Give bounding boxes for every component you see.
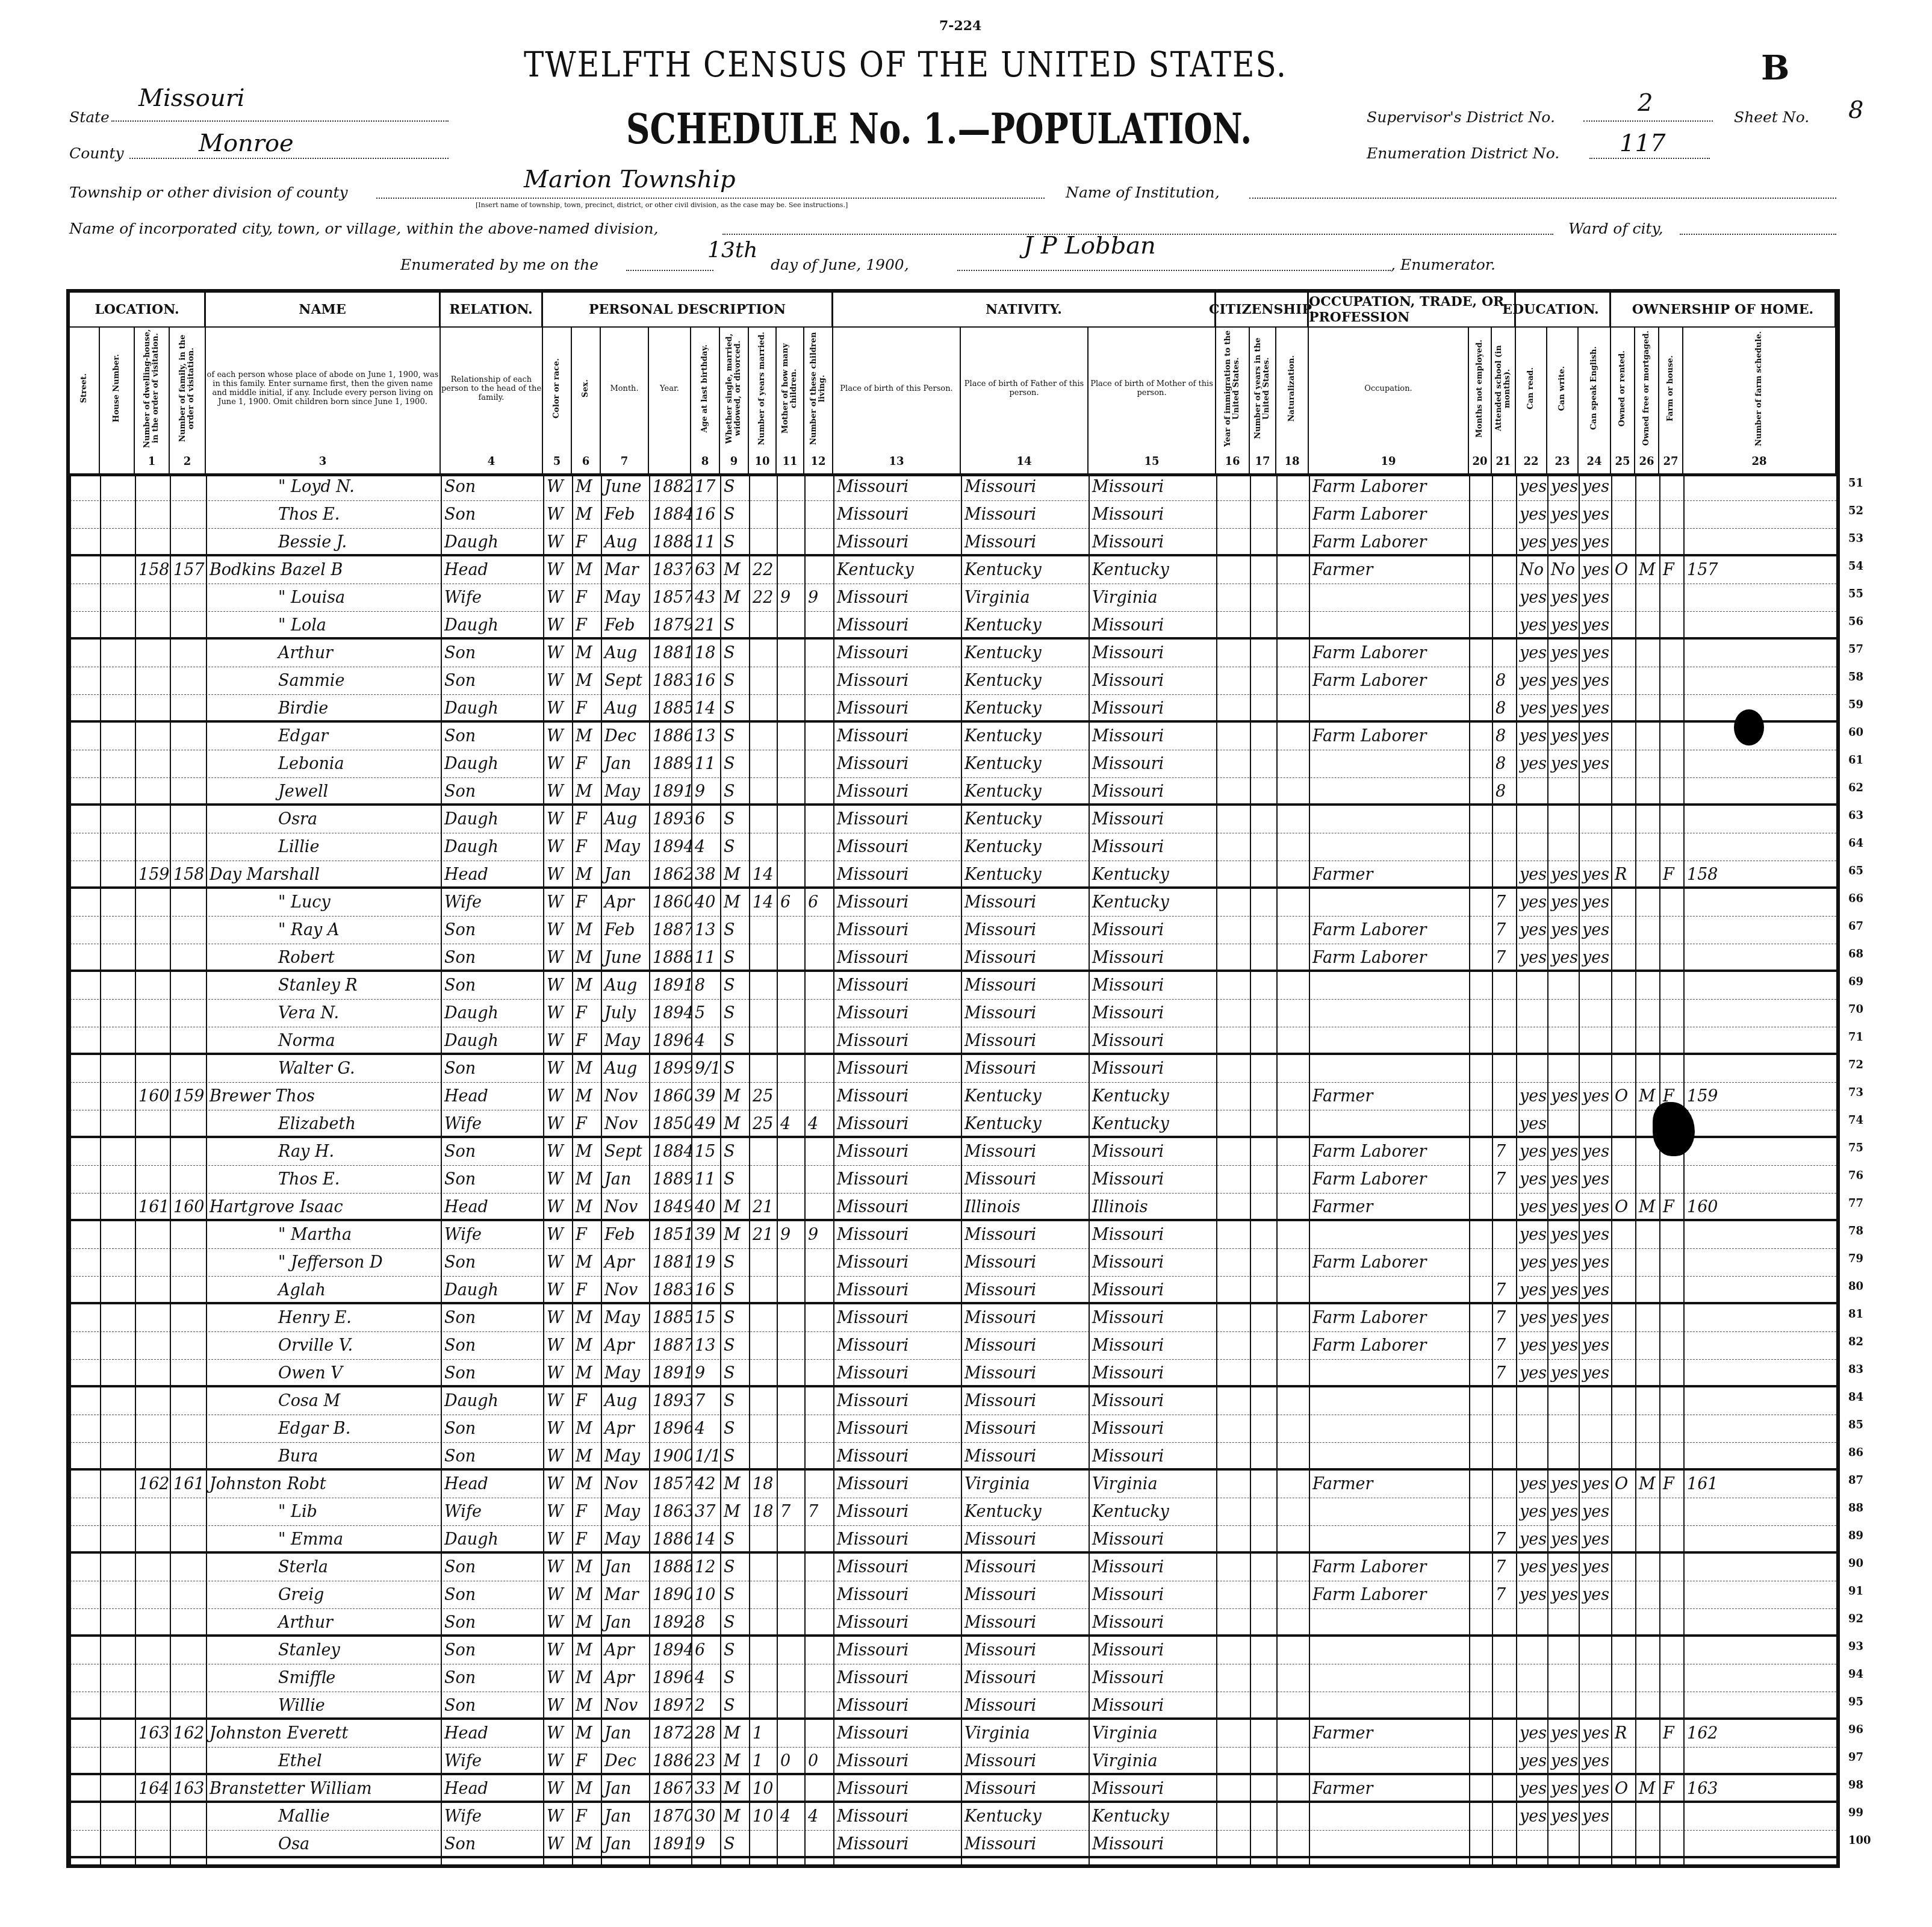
cell-fnum <box>1683 1110 1836 1138</box>
cell-fam: 157 <box>170 556 206 584</box>
cell-mpob: Missouri <box>1089 1526 1216 1554</box>
cell-fnum <box>1683 1443 1836 1471</box>
line-number: 86 <box>1848 1446 1863 1459</box>
cell-yrs <box>1250 1055 1276 1083</box>
cell-house <box>100 1581 135 1609</box>
column-number: 8 <box>691 449 720 473</box>
cell-occ: Farm Laborer <box>1309 667 1469 695</box>
cell-unemp <box>1469 1166 1492 1194</box>
cell-own <box>1611 612 1635 640</box>
line-number: 55 <box>1848 588 1863 600</box>
table-row: Edgar B.SonWMApr18964SMissouriMissouriMi… <box>70 1415 1836 1443</box>
cell-imm <box>1216 640 1250 667</box>
cell-cl <box>804 723 833 750</box>
enumerated-label: Enumerated by me on the <box>400 256 598 273</box>
cell-month: Sept <box>601 1138 649 1166</box>
cell-fnum <box>1683 667 1836 695</box>
cell-imm <box>1216 1083 1250 1110</box>
cell-dw <box>135 1249 170 1277</box>
cell-age: 8 <box>691 972 720 1000</box>
cell-write: yes <box>1547 695 1579 723</box>
cell-fnum <box>1683 889 1836 917</box>
cell-rel: Head <box>441 556 543 584</box>
cell-mpob: Virginia <box>1089 1720 1216 1748</box>
column-number: 7 <box>601 449 649 473</box>
cell-cl <box>804 1664 833 1692</box>
cell-free <box>1635 1664 1659 1692</box>
cell-free <box>1635 1166 1659 1194</box>
cell-mc <box>777 1720 804 1748</box>
table-row: 161160Hartgrove IsaacHeadWMNov184940M21M… <box>70 1194 1836 1221</box>
cell-age: 6 <box>691 1637 720 1664</box>
cell-house <box>100 723 135 750</box>
cell-occ <box>1309 1692 1469 1720</box>
cell-dw <box>135 944 170 972</box>
line-number: 99 <box>1848 1807 1863 1819</box>
cell-yrs <box>1250 1775 1276 1803</box>
cell-cl <box>804 1554 833 1581</box>
cell-year: 1863 <box>649 1498 691 1526</box>
cell-fnum <box>1683 529 1836 556</box>
cell-fpob: Missouri <box>961 917 1089 944</box>
cell-dw: 164 <box>135 1775 170 1803</box>
cell-mc <box>777 1443 804 1471</box>
cell-fam <box>170 1277 206 1304</box>
cell-free <box>1635 473 1659 501</box>
cell-mpob: Virginia <box>1089 584 1216 612</box>
column-header-color: Color or race. <box>543 328 572 449</box>
cell-pob: Missouri <box>833 473 961 501</box>
cell-read: No <box>1516 556 1547 584</box>
cell-street <box>70 1083 100 1110</box>
cell-age: 16 <box>691 501 720 529</box>
cell-unemp <box>1469 1387 1492 1415</box>
cell-occ: Farm Laborer <box>1309 1304 1469 1332</box>
township-line <box>376 198 1045 199</box>
cell-fpob: Missouri <box>961 1055 1089 1083</box>
cell-fnum <box>1683 1498 1836 1526</box>
cell-free <box>1635 1692 1659 1720</box>
cell-sex: F <box>572 1027 601 1055</box>
cell-fpob: Missouri <box>961 1664 1089 1692</box>
cell-cl <box>804 806 833 833</box>
cell-unemp <box>1469 1748 1492 1775</box>
cell-name: Stanley R <box>206 972 441 1000</box>
line-number: 97 <box>1848 1751 1863 1764</box>
cell-dw <box>135 1692 170 1720</box>
table-row: LillieDaughWFMay18944SMissouriKentuckyMi… <box>70 833 1836 861</box>
cell-fam: 160 <box>170 1194 206 1221</box>
cell-dw <box>135 972 170 1000</box>
cell-unemp <box>1469 778 1492 806</box>
cell-occ: Farmer <box>1309 1194 1469 1221</box>
cell-name: Bodkins Bazel B <box>206 556 441 584</box>
cell-ms: M <box>720 1720 749 1748</box>
cell-yrs <box>1250 1027 1276 1055</box>
cell-ms: S <box>720 1526 749 1554</box>
cell-month: Nov <box>601 1194 649 1221</box>
cell-street <box>70 1526 100 1554</box>
cell-occ <box>1309 750 1469 778</box>
cell-own <box>1611 1000 1635 1027</box>
cell-ym: 18 <box>749 1471 777 1498</box>
cell-own <box>1611 1110 1635 1138</box>
cell-house <box>100 750 135 778</box>
cell-mpob: Missouri <box>1089 1277 1216 1304</box>
cell-pob: Missouri <box>833 1664 961 1692</box>
cell-sex: M <box>572 1637 601 1664</box>
column-rule <box>961 473 962 1864</box>
cell-year: 1884 <box>649 501 691 529</box>
cell-mpob: Missouri <box>1089 1609 1216 1637</box>
cell-name: Edgar B. <box>206 1415 441 1443</box>
cell-read: yes <box>1516 1471 1547 1498</box>
cell-house <box>100 1471 135 1498</box>
cell-write: yes <box>1547 1720 1579 1748</box>
cell-fam: 159 <box>170 1083 206 1110</box>
cell-imm <box>1216 1748 1250 1775</box>
cell-fpob: Missouri <box>961 1360 1089 1387</box>
cell-free <box>1635 778 1659 806</box>
line-number: 80 <box>1848 1280 1863 1293</box>
cell-dw <box>135 1581 170 1609</box>
cell-fam <box>170 1443 206 1471</box>
column-number: 11 <box>777 449 804 473</box>
cell-school <box>1492 833 1516 861</box>
cell-farm <box>1659 1415 1683 1443</box>
cell-rel: Son <box>441 972 543 1000</box>
cell-mpob: Missouri <box>1089 917 1216 944</box>
cell-fpob: Missouri <box>961 501 1089 529</box>
cell-nat <box>1276 1526 1309 1554</box>
cell-occ <box>1309 1360 1469 1387</box>
cell-age: 12 <box>691 1554 720 1581</box>
cell-pob: Missouri <box>833 1415 961 1443</box>
cell-nat <box>1276 1831 1309 1858</box>
cell-school: 8 <box>1492 750 1516 778</box>
cell-school <box>1492 473 1516 501</box>
cell-pob: Missouri <box>833 1526 961 1554</box>
cell-ms: M <box>720 1748 749 1775</box>
cell-dw <box>135 501 170 529</box>
cell-dw <box>135 1138 170 1166</box>
cell-sex: M <box>572 972 601 1000</box>
cell-write: yes <box>1547 584 1579 612</box>
cell-fam: 163 <box>170 1775 206 1803</box>
cell-age: 8 <box>691 1609 720 1637</box>
cell-imm <box>1216 750 1250 778</box>
cell-school <box>1492 1249 1516 1277</box>
cell-house <box>100 806 135 833</box>
cell-write: yes <box>1547 723 1579 750</box>
cell-month: May <box>601 1360 649 1387</box>
cell-fnum: 161 <box>1683 1471 1836 1498</box>
cell-fpob: Missouri <box>961 1443 1089 1471</box>
cell-cl <box>804 1360 833 1387</box>
cell-cl: 7 <box>804 1498 833 1526</box>
cell-age: 39 <box>691 1221 720 1249</box>
cell-fnum <box>1683 1221 1836 1249</box>
cell-pob: Missouri <box>833 861 961 889</box>
cell-month: Sept <box>601 667 649 695</box>
cell-house <box>100 529 135 556</box>
cell-ms: S <box>720 1360 749 1387</box>
cell-fam <box>170 1498 206 1526</box>
cell-mc: 9 <box>777 584 804 612</box>
cell-write <box>1547 1027 1579 1055</box>
cell-read <box>1516 1692 1547 1720</box>
cell-imm <box>1216 1138 1250 1166</box>
cell-farm: F <box>1659 1720 1683 1748</box>
cell-ym <box>749 806 777 833</box>
cell-fpob: Kentucky <box>961 861 1089 889</box>
cell-unemp <box>1469 529 1492 556</box>
cell-pob: Missouri <box>833 1277 961 1304</box>
cell-eng: yes <box>1579 1554 1611 1581</box>
cell-year: 1891 <box>649 1360 691 1387</box>
line-number: 63 <box>1848 809 1863 822</box>
cell-year: 1860 <box>649 1083 691 1110</box>
line-number: 93 <box>1848 1640 1863 1653</box>
cell-yrs <box>1250 833 1276 861</box>
cell-farm <box>1659 612 1683 640</box>
cell-house <box>100 944 135 972</box>
cell-age: 10 <box>691 1581 720 1609</box>
cell-yrs <box>1250 695 1276 723</box>
cell-color: W <box>543 1775 572 1803</box>
cell-ms: M <box>720 556 749 584</box>
cell-own: O <box>1611 1194 1635 1221</box>
cell-month: Dec <box>601 723 649 750</box>
cell-pob: Missouri <box>833 806 961 833</box>
cell-dw <box>135 473 170 501</box>
cell-unemp <box>1469 833 1492 861</box>
cell-eng: yes <box>1579 1277 1611 1304</box>
cell-eng: yes <box>1579 1748 1611 1775</box>
cell-fnum <box>1683 1692 1836 1720</box>
column-header-imm: Year of immigration to the United States… <box>1216 328 1250 449</box>
cell-name: " Emma <box>206 1526 441 1554</box>
cell-pob: Missouri <box>833 889 961 917</box>
cell-color: W <box>543 612 572 640</box>
cell-yrs <box>1250 1498 1276 1526</box>
cell-read: yes <box>1516 612 1547 640</box>
cell-dw <box>135 1221 170 1249</box>
cell-age: 16 <box>691 1277 720 1304</box>
cell-year: 1894 <box>649 1000 691 1027</box>
cell-farm: F <box>1659 556 1683 584</box>
cell-cl: 9 <box>804 1221 833 1249</box>
cell-write: yes <box>1547 1332 1579 1360</box>
table-row: Henry E.SonWMMay188515SMissouriMissouriM… <box>70 1304 1836 1332</box>
cell-fpob: Missouri <box>961 1581 1089 1609</box>
cell-color: W <box>543 833 572 861</box>
line-number: 68 <box>1848 948 1863 960</box>
cell-pob: Missouri <box>833 1637 961 1664</box>
cell-unemp <box>1469 1249 1492 1277</box>
cell-unemp <box>1469 1443 1492 1471</box>
cell-fpob: Missouri <box>961 1554 1089 1581</box>
cell-ms: M <box>720 1221 749 1249</box>
cell-color: W <box>543 1221 572 1249</box>
cell-year: 1882 <box>649 473 691 501</box>
cell-yrs <box>1250 1443 1276 1471</box>
cell-yrs <box>1250 1664 1276 1692</box>
cell-street <box>70 640 100 667</box>
cell-imm <box>1216 1581 1250 1609</box>
cell-write: yes <box>1547 1748 1579 1775</box>
cell-sex: M <box>572 1332 601 1360</box>
cell-street <box>70 1387 100 1415</box>
cell-write: yes <box>1547 889 1579 917</box>
cell-read <box>1516 972 1547 1000</box>
cell-name: Birdie <box>206 695 441 723</box>
cell-own <box>1611 1415 1635 1443</box>
cell-month: May <box>601 1498 649 1526</box>
cell-free <box>1635 695 1659 723</box>
cell-read <box>1516 1609 1547 1637</box>
cell-occ <box>1309 1055 1469 1083</box>
cell-school <box>1492 1000 1516 1027</box>
cell-nat <box>1276 861 1309 889</box>
cell-ms: S <box>720 972 749 1000</box>
cell-fam <box>170 612 206 640</box>
cell-fam <box>170 1387 206 1415</box>
cell-ym <box>749 1027 777 1055</box>
cell-street <box>70 667 100 695</box>
cell-year: 1890 <box>649 1581 691 1609</box>
cell-street <box>70 944 100 972</box>
cell-mc <box>777 1554 804 1581</box>
table-row: " EmmaDaughWFMay188614SMissouriMissouriM… <box>70 1526 1836 1554</box>
cell-month: Jan <box>601 1554 649 1581</box>
cell-year: 1857 <box>649 1471 691 1498</box>
column-header-month: Month. <box>601 328 649 449</box>
cell-pob: Kentucky <box>833 556 961 584</box>
cell-imm <box>1216 584 1250 612</box>
cell-pob: Missouri <box>833 1055 961 1083</box>
cell-yrs <box>1250 1000 1276 1027</box>
cell-cl <box>804 1387 833 1415</box>
cell-occ <box>1309 612 1469 640</box>
cell-school: 7 <box>1492 1304 1516 1332</box>
township-label: Township or other division of county <box>69 184 348 201</box>
cell-fnum <box>1683 1055 1836 1083</box>
cell-house <box>100 1498 135 1526</box>
cell-house <box>100 1415 135 1443</box>
cell-unemp <box>1469 1027 1492 1055</box>
cell-ym <box>749 833 777 861</box>
cell-occ <box>1309 584 1469 612</box>
cell-nat <box>1276 944 1309 972</box>
cell-write: yes <box>1547 529 1579 556</box>
cell-read <box>1516 1831 1547 1858</box>
cell-eng: yes <box>1579 1332 1611 1360</box>
column-number: 25 <box>1611 449 1635 473</box>
cell-fam <box>170 806 206 833</box>
cell-mpob: Missouri <box>1089 640 1216 667</box>
cell-nat <box>1276 1803 1309 1831</box>
cell-fnum <box>1683 778 1836 806</box>
cell-free <box>1635 1443 1659 1471</box>
table-row: WillieSonWMNov18972SMissouriMissouriMiss… <box>70 1692 1836 1720</box>
cell-color: W <box>543 1554 572 1581</box>
cell-street <box>70 1332 100 1360</box>
cell-fpob: Missouri <box>961 1692 1089 1720</box>
cell-school <box>1492 1221 1516 1249</box>
line-number: 79 <box>1848 1253 1863 1265</box>
cell-farm: F <box>1659 1471 1683 1498</box>
cell-year: 1893 <box>649 806 691 833</box>
cell-rel: Son <box>441 1166 543 1194</box>
cell-farm <box>1659 723 1683 750</box>
cell-unemp <box>1469 889 1492 917</box>
cell-read: yes <box>1516 1748 1547 1775</box>
sheet-letter: B <box>1761 48 1789 88</box>
cell-mc: 4 <box>777 1110 804 1138</box>
cell-yrs <box>1250 667 1276 695</box>
cell-fnum: 162 <box>1683 1720 1836 1748</box>
cell-street <box>70 1138 100 1166</box>
cell-fam <box>170 723 206 750</box>
cell-dw <box>135 889 170 917</box>
cell-cl <box>804 1277 833 1304</box>
cell-house <box>100 1831 135 1858</box>
cell-mpob: Missouri <box>1089 750 1216 778</box>
cell-own <box>1611 640 1635 667</box>
cell-sex: F <box>572 833 601 861</box>
cell-nat <box>1276 501 1309 529</box>
cell-year: 1893 <box>649 1387 691 1415</box>
line-number: 81 <box>1848 1308 1863 1321</box>
cell-cl: 0 <box>804 1748 833 1775</box>
cell-name: Thos E. <box>206 501 441 529</box>
cell-nat <box>1276 1637 1309 1664</box>
cell-yrs <box>1250 1415 1276 1443</box>
line-number: 59 <box>1848 699 1863 711</box>
cell-occ: Farm Laborer <box>1309 501 1469 529</box>
cell-street <box>70 473 100 501</box>
cell-farm <box>1659 1166 1683 1194</box>
cell-farm <box>1659 806 1683 833</box>
cell-rel: Wife <box>441 1748 543 1775</box>
line-number: 61 <box>1848 754 1863 767</box>
line-number: 100 <box>1848 1834 1871 1847</box>
cell-name: Branstetter William <box>206 1775 441 1803</box>
cell-fnum <box>1683 1748 1836 1775</box>
cell-pob: Missouri <box>833 1083 961 1110</box>
cell-year: 1886 <box>649 1526 691 1554</box>
cell-school <box>1492 1055 1516 1083</box>
column-rule <box>1276 473 1278 1864</box>
cell-year: 1883 <box>649 667 691 695</box>
cell-month: Mar <box>601 1581 649 1609</box>
cell-nat <box>1276 1692 1309 1720</box>
cell-name: Orville V. <box>206 1332 441 1360</box>
cell-month: May <box>601 1027 649 1055</box>
cell-name: Osra <box>206 806 441 833</box>
cell-farm <box>1659 750 1683 778</box>
table-row: " Ray ASonWMFeb188713SMissouriMissouriMi… <box>70 917 1836 944</box>
cell-sex: F <box>572 1748 601 1775</box>
table-row: Walter G.SonWMAug18999/12SMissouriMissou… <box>70 1055 1836 1083</box>
cell-write <box>1547 1387 1579 1415</box>
cell-occ: Farm Laborer <box>1309 1166 1469 1194</box>
cell-house <box>100 917 135 944</box>
cell-read: yes <box>1516 723 1547 750</box>
day-line <box>626 270 713 271</box>
cell-age: 1/12 <box>691 1443 720 1471</box>
